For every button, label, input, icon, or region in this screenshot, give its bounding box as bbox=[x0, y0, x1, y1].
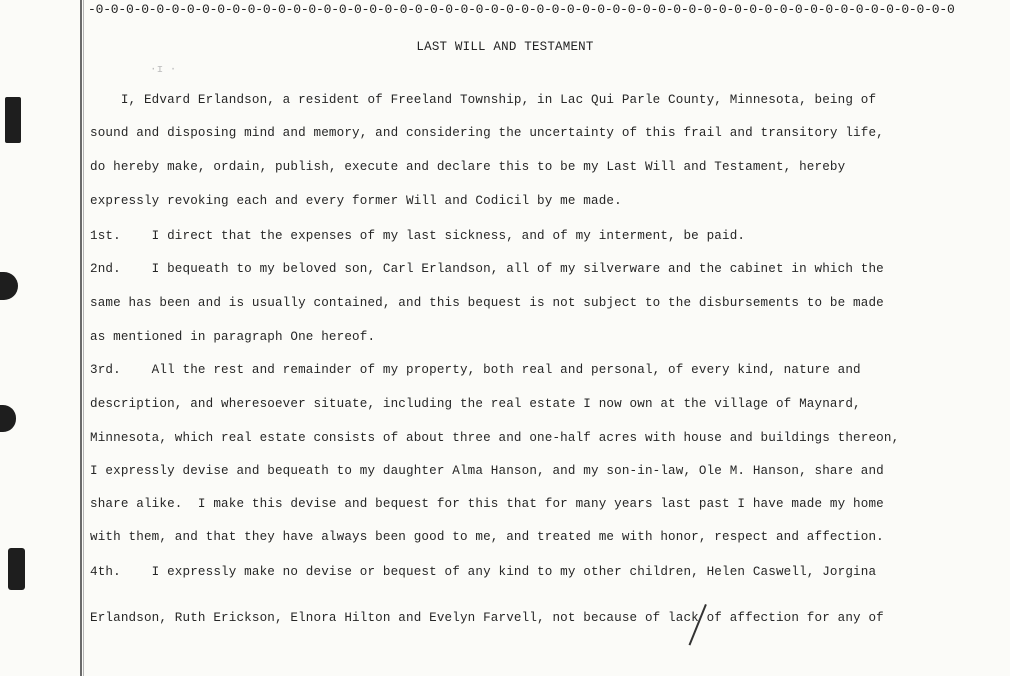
text-line: expressly revoking each and every former… bbox=[90, 194, 622, 208]
left-margin-rule-shadow bbox=[83, 0, 84, 676]
text-line: description, and wheresoever situate, in… bbox=[90, 397, 861, 411]
decorative-border: -0-0-0-0-0-0-0-0-0-0-0-0-0-0-0-0-0-0-0-0… bbox=[88, 2, 1010, 17]
binder-punch-hole-icon bbox=[0, 272, 18, 300]
text-line: Minnesota, which real estate consists of… bbox=[90, 431, 899, 445]
text-line: 3rd. All the rest and remainder of my pr… bbox=[90, 363, 861, 377]
binder-punch-hole-icon bbox=[0, 405, 16, 432]
text-line: share alike. I make this devise and bequ… bbox=[90, 497, 884, 511]
text-line: 4th. I expressly make no devise or beque… bbox=[90, 565, 876, 579]
faint-mark: ·ɪ · bbox=[150, 64, 176, 76]
left-margin-rule bbox=[80, 0, 82, 676]
text-line: with them, and that they have always bee… bbox=[90, 530, 884, 544]
text-line: I expressly devise and bequeath to my da… bbox=[90, 464, 884, 478]
binder-punch-hole-icon bbox=[8, 548, 25, 590]
document-title: LAST WILL AND TESTAMENT bbox=[0, 40, 1010, 54]
text-line: same has been and is usually contained, … bbox=[90, 296, 884, 310]
text-line: do hereby make, ordain, publish, execute… bbox=[90, 160, 845, 174]
will-document-page: -0-0-0-0-0-0-0-0-0-0-0-0-0-0-0-0-0-0-0-0… bbox=[0, 0, 1010, 676]
text-line: 1st. I direct that the expenses of my la… bbox=[90, 229, 745, 243]
text-line: as mentioned in paragraph One hereof. bbox=[90, 330, 375, 344]
binder-punch-hole-icon bbox=[5, 97, 21, 143]
text-line: sound and disposing mind and memory, and… bbox=[90, 126, 884, 140]
text-line: 2nd. I bequeath to my beloved son, Carl … bbox=[90, 262, 884, 276]
text-line: Erlandson, Ruth Erickson, Elnora Hilton … bbox=[90, 611, 884, 625]
text-line: I, Edvard Erlandson, a resident of Freel… bbox=[90, 93, 876, 107]
